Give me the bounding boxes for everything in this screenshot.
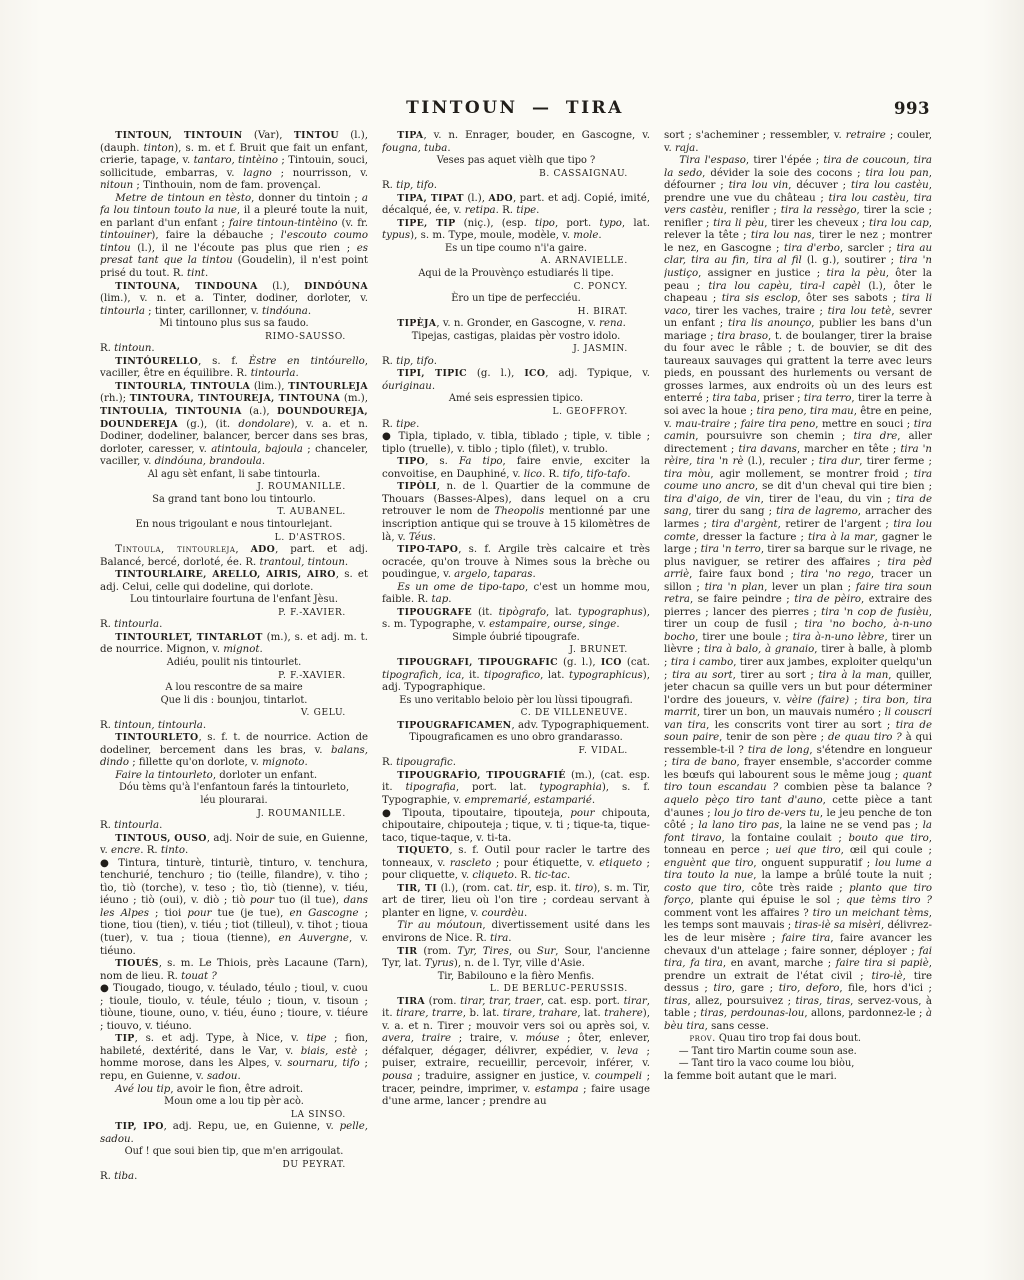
entry-paragraph: TINTOUNA, TINDOUNA (l.), DINDÓUNA (lim.)… bbox=[100, 281, 368, 319]
citation-author: C. DE VILLENEUVE. bbox=[382, 707, 650, 720]
entry-paragraph: la femme boit autant que le mari. bbox=[664, 1071, 932, 1084]
entry-paragraph: TIPA, TIPAT (l.), ADO, part. et adj. Cop… bbox=[382, 193, 650, 218]
citation-author: J. BRUNET. bbox=[382, 644, 650, 657]
verse-line: Sa grand tant bono lou tintourlo. bbox=[100, 494, 368, 507]
verse-line: Al agu sèt enfant, li sabe tintourla. bbox=[100, 469, 368, 482]
entry-paragraph: TIR, TI (l.), (rom. cat. tir, esp. it. t… bbox=[382, 883, 650, 921]
citation-author: P. F.-XAVIER. bbox=[100, 670, 368, 683]
entry-paragraph: R. tintoun, tintourla. bbox=[100, 720, 368, 733]
entry-paragraph: Es un ome de tipo-tapo, c'est un homme m… bbox=[382, 582, 650, 607]
entry-paragraph: Metre de tintoun en tèsto, donner du tin… bbox=[100, 193, 368, 281]
text-column-1: TINTOUN, TINTOUIN (Var), TINTOU (l.), (d… bbox=[100, 130, 368, 1268]
entry-paragraph: R. tintoun. bbox=[100, 343, 368, 356]
verse-line: Amé seis espressien tipico. bbox=[382, 393, 650, 406]
entry-paragraph: ● Tipla, tiplado, v. tibla, tiblado ; ti… bbox=[382, 431, 650, 456]
text-column-3: sort ; s'acheminer ; ressembler, v. retr… bbox=[664, 130, 932, 1268]
entry-paragraph: Tir au móutoun, divertissement usité dan… bbox=[382, 920, 650, 945]
entry-paragraph: R. tintourla. bbox=[100, 619, 368, 632]
entry-paragraph: TIPOUGRAFE (it. tipògrafo, lat. typograp… bbox=[382, 607, 650, 632]
verse-line: Veses pas aquet vièlh que tipo ? bbox=[382, 155, 650, 168]
page-number: 993 bbox=[894, 99, 930, 118]
dictionary-page-scan: TINTOUN — TIRA 993 TINTOUN, TINTOUIN (Va… bbox=[0, 0, 1024, 1280]
citation-author: B. CASSAIGNAU. bbox=[382, 168, 650, 181]
verse-line: Moun ome a lou tip pèr acò. bbox=[100, 1096, 368, 1109]
citation-author: T. AUBANEL. bbox=[100, 506, 368, 519]
entry-paragraph: TIPOUGRAFÌO, TIPOUGRAFIÉ (m.), (cat. esp… bbox=[382, 770, 650, 808]
entry-paragraph: TIPOUGRAFICAMEN, adv. Typographiquement. bbox=[382, 720, 650, 733]
verse-line: léu plourarai. bbox=[100, 795, 368, 808]
entry-paragraph: R. tip, tifo. bbox=[382, 356, 650, 369]
entry-paragraph: TIPA, v. n. Enrager, bouder, en Gascogne… bbox=[382, 130, 650, 155]
entry-paragraph: TINTÓURELLO, s. f. Èstre en tintóurello,… bbox=[100, 356, 368, 381]
text-column-2: TIPA, v. n. Enrager, bouder, en Gascogne… bbox=[382, 130, 650, 1268]
entry-paragraph: TIPÒLI, n. de l. Quartier de la commune … bbox=[382, 481, 650, 544]
entry-paragraph: TIPOUGRAFI, TIPOUGRAFIC (g. l.), ICO (ca… bbox=[382, 657, 650, 695]
proverb-line: — Tant tiro Martin coume soun ase. bbox=[664, 1046, 932, 1059]
entry-paragraph: ● Tipouta, tipoutaire, tipouteja, pour c… bbox=[382, 808, 650, 846]
entry-paragraph: TINTOURLA, TINTOULA (lim.), TINTOURLEJA … bbox=[100, 381, 368, 469]
verse-line: Tipougraficamen es uno obro grandarasso. bbox=[382, 732, 650, 745]
verse-line: A lou rescontre de sa maire bbox=[100, 682, 368, 695]
citation-author: J. JASMIN. bbox=[382, 343, 650, 356]
entry-paragraph: R. tipougrafic. bbox=[382, 757, 650, 770]
citation-author: J. ROUMANILLE. bbox=[100, 808, 368, 821]
citation-author: P. F.-XAVIER. bbox=[100, 607, 368, 620]
entry-paragraph: R. tiba. bbox=[100, 1171, 368, 1184]
verse-line: Mi tintouno plus sus sa faudo. bbox=[100, 318, 368, 331]
verse-line: En nous trigoulant e nous tintourlejant. bbox=[100, 519, 368, 532]
citation-author: LA SINSO. bbox=[100, 1109, 368, 1122]
entry-paragraph: TIPO, s. Fa tipo, faire envie, exciter l… bbox=[382, 456, 650, 481]
running-title: TINTOUN — TIRA bbox=[100, 98, 930, 118]
proverb-line: prov. Quau tiro trop fai dous bout. bbox=[664, 1033, 932, 1046]
citation-author: J. ROUMANILLE. bbox=[100, 481, 368, 494]
entry-paragraph: R. tipe. bbox=[382, 419, 650, 432]
citation-author: V. GELU. bbox=[100, 707, 368, 720]
entry-paragraph: TIR (rom. Tyr, Tires, ou Sur, Sour, l'an… bbox=[382, 946, 650, 971]
entry-paragraph: Tira l'espaso, tirer l'épée ; tira de co… bbox=[664, 155, 932, 1033]
verse-line: Adiéu, poulit nis tintourlet. bbox=[100, 657, 368, 670]
entry-paragraph: TINTOURLAIRE, ARELLO, AIRIS, AIRO, s. et… bbox=[100, 569, 368, 594]
citation-author: H. BIRAT. bbox=[382, 306, 650, 319]
citation-author: DU PEYRAT. bbox=[100, 1159, 368, 1172]
citation-author: L. DE BERLUC-PERUSSIS. bbox=[382, 983, 650, 996]
entry-paragraph: TIPÈJA, v. n. Gronder, en Gascogne, v. r… bbox=[382, 318, 650, 331]
citation-author: L. D'ASTROS. bbox=[100, 532, 368, 545]
entry-paragraph: TIQUETO, s. f. Outil pour racler le tart… bbox=[382, 845, 650, 883]
entry-paragraph: ● Tintura, tinturè, tinturiè, tinturo, v… bbox=[100, 858, 368, 958]
citation-author: F. VIDAL. bbox=[382, 745, 650, 758]
entry-paragraph: R. tip, tifo. bbox=[382, 180, 650, 193]
citation-author: A. ARNAVIELLE. bbox=[382, 255, 650, 268]
citation-author: C. PONCY. bbox=[382, 281, 650, 294]
citation-author: RIMO-SAUSSO. bbox=[100, 331, 368, 344]
entry-paragraph: TIRA (rom. tirar, trar, traer, cat. esp.… bbox=[382, 996, 650, 1109]
page-header: TINTOUN — TIRA 993 bbox=[100, 98, 930, 124]
verse-line: Que li dis : bounjou, tintarlot. bbox=[100, 695, 368, 708]
verse-line: Dóu tèms qu'à l'enfantoun farés la tinto… bbox=[100, 782, 368, 795]
entry-paragraph: TIOUÉS, s. m. Le Thiois, près Lacaune (T… bbox=[100, 958, 368, 983]
entry-paragraph: TINTOURLET, TINTARLOT (m.), s. et adj. m… bbox=[100, 632, 368, 657]
verse-line: Tir, Babilouno e la fièro Menfis. bbox=[382, 971, 650, 984]
entry-paragraph: R. tintourla. bbox=[100, 820, 368, 833]
verse-line: Es uno veritablo beloio pèr lou lùssi ti… bbox=[382, 695, 650, 708]
entry-paragraph: TIPE, TIP (niç.), (esp. tipo, port. typo… bbox=[382, 218, 650, 243]
citation-author: L. GEOFFROY. bbox=[382, 406, 650, 419]
entry-paragraph: TIP, s. et adj. Type, à Nice, v. tipe ; … bbox=[100, 1033, 368, 1083]
entry-paragraph: Tintoula, tintourleja, ADO, part. et adj… bbox=[100, 544, 368, 569]
verse-line: Ouf ! que soui bien tip, que m'en arrigo… bbox=[100, 1146, 368, 1159]
verse-line: Lou tintourlaire fourtuna de l'enfant Jè… bbox=[100, 594, 368, 607]
entry-paragraph: sort ; s'acheminer ; ressembler, v. retr… bbox=[664, 130, 932, 155]
entry-paragraph: TIPO-TAPO, s. f. Argile très calcaire et… bbox=[382, 544, 650, 582]
verse-line: Es un tipe coumo n'i'a gaire. bbox=[382, 243, 650, 256]
entry-paragraph: TINTOURLETO, s. f. t. de nourrice. Actio… bbox=[100, 732, 368, 770]
entry-paragraph: ● Tiougado, tiougo, v. téulado, téulo ; … bbox=[100, 983, 368, 1033]
entry-paragraph: TINTOUS, OUSO, adj. Noir de suie, en Gui… bbox=[100, 833, 368, 858]
verse-line: Èro un tipe de perfecciéu. bbox=[382, 293, 650, 306]
verse-line: Aqui de la Prouvènço estudiarés li tipe. bbox=[382, 268, 650, 281]
text-columns: TINTOUN, TINTOUIN (Var), TINTOU (l.), (d… bbox=[100, 130, 932, 1268]
entry-paragraph: TIPI, TIPIC (g. l.), ICO, adj. Typique, … bbox=[382, 368, 650, 393]
proverb-line: — Tant tiro la vaco coume lou biòu, bbox=[664, 1058, 932, 1071]
entry-paragraph: TIP, IPO, adj. Repu, ue, en Guienne, v. … bbox=[100, 1121, 368, 1146]
entry-paragraph: Faire la tintourleto, dorloter un enfant… bbox=[100, 770, 368, 783]
entry-paragraph: TINTOUN, TINTOUIN (Var), TINTOU (l.), (d… bbox=[100, 130, 368, 193]
verse-line: Simple óubrié tipougrafe. bbox=[382, 632, 650, 645]
entry-paragraph: Avé lou tip, avoir le fion, être adroit. bbox=[100, 1084, 368, 1097]
verse-line: Tipejas, castigas, plaidas pèr vostro id… bbox=[382, 331, 650, 344]
